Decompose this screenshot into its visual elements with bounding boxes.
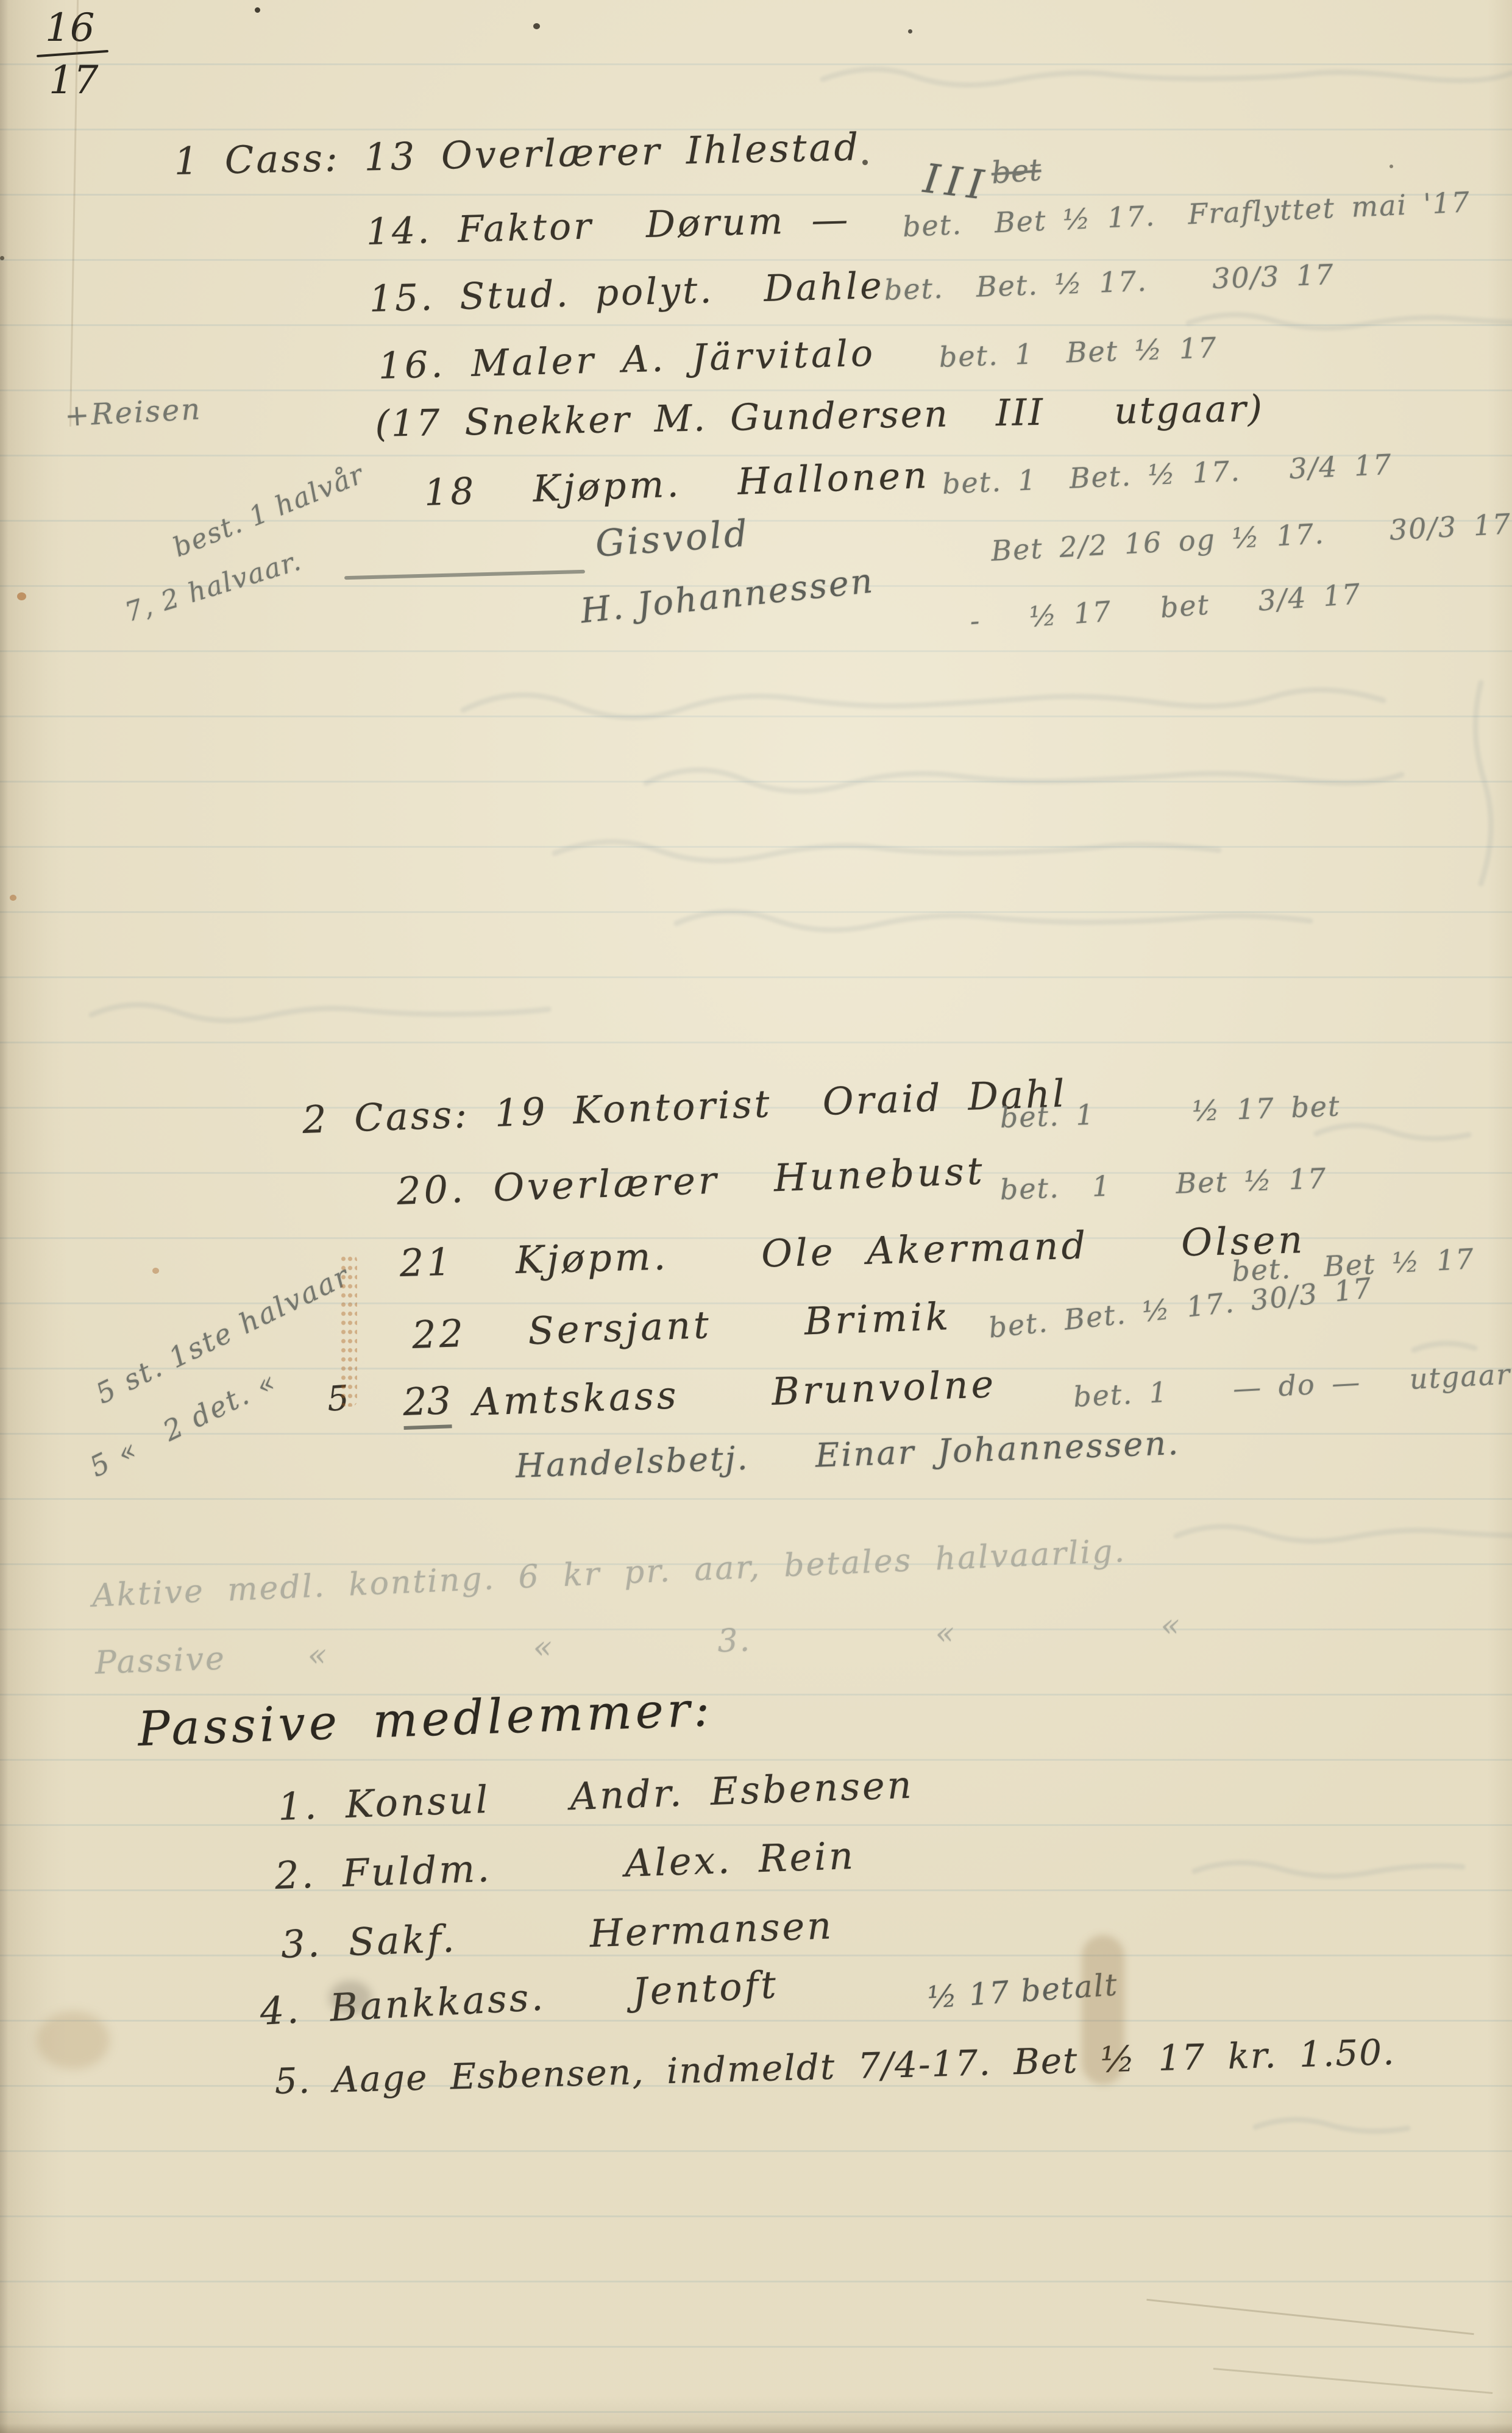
passive-member-5: 5. Aage Esbensen, indmeldt 7/4-17. Bet ½…	[274, 2034, 1396, 2100]
ink-speck	[255, 7, 260, 13]
ink-speck	[1390, 165, 1393, 168]
passive-member-3: 3. Sakf. Hermansen	[280, 1905, 834, 1964]
rate-aktive: Aktive medl. konting. 6 kr pr. aar, beta…	[91, 1535, 1127, 1613]
folio-bottom: 17	[49, 61, 108, 100]
margin-note-reisen: +Reisen	[64, 394, 202, 432]
entry-23-note: bet. 1 — do — utgaar	[1073, 1359, 1511, 1412]
entry-13: 1 Cass: 13 Overlærer Ihlestad	[174, 127, 861, 181]
passive-members-heading: Passive medlemmer:	[137, 1685, 714, 1755]
entry-22-note: bet. Bet. ½ 17. 30/3 17	[987, 1273, 1374, 1343]
entry-15-note: bet. Bet. ½ 17. 30/3 17	[884, 260, 1335, 305]
passive-member-4-note: ½ 17 betalt	[926, 1969, 1119, 2014]
entry-20-note: bet. 1 Bet ½ 17	[999, 1163, 1327, 1204]
entry-johannessen: H. Johannessen	[579, 563, 876, 630]
entry-16-note: bet. 1 Bet ½ 17	[939, 333, 1218, 372]
folio-number: 16 17	[45, 9, 108, 100]
entry-23: Amtskass Brunvolne	[472, 1364, 997, 1422]
entry-17: (17 Snekker M. Gundersen III utgaar)	[375, 390, 1265, 444]
entry-22: 22 Sersjant Brimik	[411, 1296, 952, 1355]
folio-divider	[37, 50, 108, 57]
ink-speck	[0, 256, 4, 260]
entry-23-margin-count: 5	[326, 1381, 350, 1418]
entry-20: 20. Overlærer Hunebust	[396, 1151, 986, 1211]
entry-13-struck-note: bet	[990, 154, 1042, 189]
paper-stain	[37, 2011, 110, 2069]
entry-23-number-underlined: 23	[402, 1378, 452, 1430]
page-curl-crease	[1213, 2368, 1493, 2394]
margin-note-2-halvaar: 7, 2 halvaar.	[122, 547, 305, 627]
rust-speck	[10, 895, 16, 901]
passive-member-4: 4. Bankkass. Jentoft	[259, 1964, 779, 2031]
entry-johannessen-note: - ½ 17 bet 3/4 17	[969, 579, 1362, 636]
entry-23b-handelsbetj: Handelsbetj. Einar Johannessen.	[515, 1426, 1180, 1484]
entry-13-tally: III	[921, 157, 992, 207]
entry-gisvold-note: Bet 2/2 16 og ½ 17. 30/3 17	[990, 509, 1512, 566]
entry-23-number: 23	[402, 1380, 452, 1422]
page-curl-crease	[1146, 2299, 1474, 2335]
gisvold-pencil-dash	[344, 570, 585, 580]
margin-note-best-1-halvaar: best. 1 halvår	[169, 460, 368, 563]
rust-speck	[152, 1268, 159, 1274]
ink-speck	[862, 160, 868, 165]
entry-14: 14. Faktor Dørum —	[366, 201, 851, 252]
entry-19: 2 Cass: 19 Kontorist Oraid Dahl	[302, 1073, 1068, 1140]
entry-gisvold: Gisvold	[594, 514, 751, 564]
entry-18: 18 Kjøpm. Hallonen	[424, 456, 931, 513]
rate-passive: Passive « « 3. « «	[94, 1609, 1182, 1680]
ledger-page: 16 17 1 Cass: 13 Overlærer Ihlestad III …	[0, 0, 1512, 2433]
entry-15: 15. Stud. polyt. Dahle	[369, 267, 884, 319]
entry-18-note: bet. 1 Bet. ½ 17. 3/4 17	[942, 450, 1393, 499]
passive-member-1: 1. Konsul Andr. Esbensen	[277, 1765, 915, 1827]
passive-member-2: 2. Fuldm. Alex. Rein	[274, 1836, 856, 1895]
folio-top: 16	[45, 9, 108, 48]
entry-21: 21 Kjøpm. Ole Akermand Olsen	[399, 1220, 1306, 1283]
ink-speck	[533, 23, 540, 29]
ink-speck	[908, 29, 912, 34]
entry-16: 16. Maler A. Järvitalo	[378, 335, 876, 386]
rust-speck	[17, 592, 26, 600]
